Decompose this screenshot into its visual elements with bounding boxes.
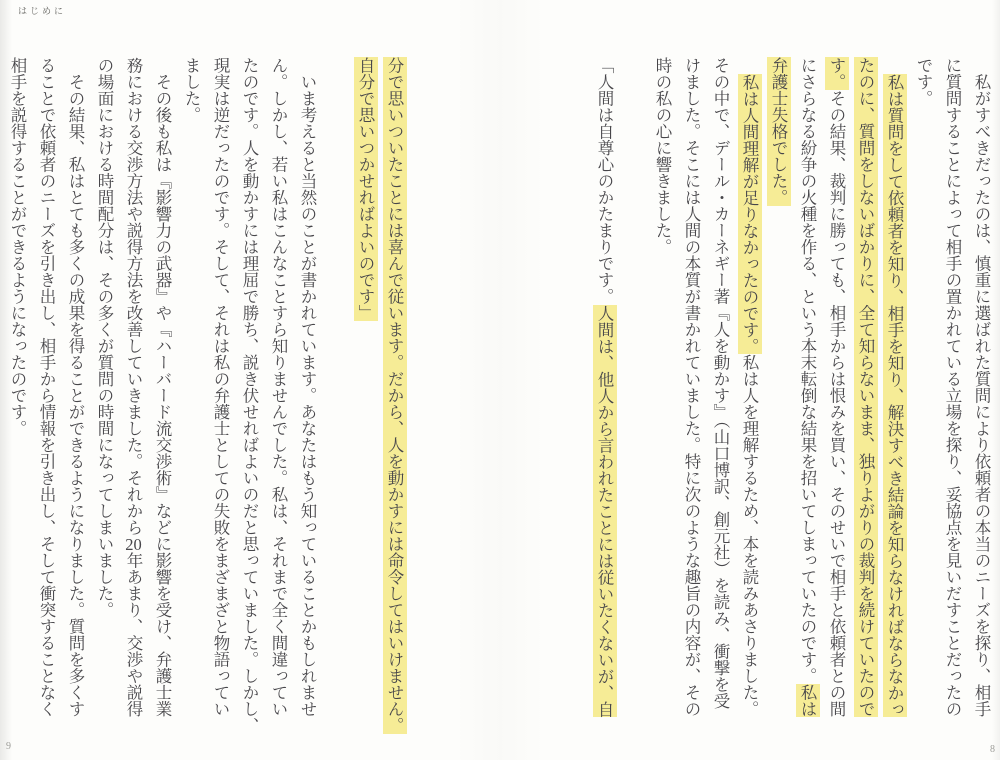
text-column: 「人間は自尊心のかたまりです。人間は、他人から言われたことには従いたくないが、自 [590,57,619,747]
text-run: です。 [914,57,933,107]
text-column: す。その結果、裁判に勝っても、相手からは恨みを買い、そのせいで相手と依頼者との間 [822,57,851,747]
page-right-text: 私がすべきだったのは、慎重に選ばれた質問により依頼者の本当のニーズを探り、相手に… [590,57,996,747]
highlighted-text: 人間は、他人から言われたことには従いたくないが、自 [593,305,617,718]
text-run: たのです。人を動かすには理屈で勝ち、説き伏せればよいのだと思っていました。しかし… [240,57,259,734]
text-column: の場面における時間配分は、その多くが質問の時間になってしまいました。 [90,57,119,747]
running-header: はじめに [18,4,66,17]
highlighted-text: 自分で思いつかせればよいのです」 [354,57,378,321]
text-run [740,57,759,74]
highlighted-text: 分で思いついたことには喜んで従います。だから、人を動かすには命令してはいけません… [383,57,407,734]
text-run: にさらなる紛争の火種を作る、という本末転倒な結果を招いてしまっていたのです。 [798,57,817,684]
text-run: ん。しかし、若い私はこんなことすら知りませんでした。私は、それまで全く間違ってい [269,57,288,717]
text-column: ん。しかし、若い私はこんなことすら知りませんでした。私は、それまで全く間違ってい [264,57,293,747]
text-column: 私は質問をして依頼者を知り、相手を知り、解決すべき結論を知らなければならなかっ [880,57,909,747]
text-column: です。 [909,57,938,747]
text-run: 年あまり、交渉や説得 [124,552,143,717]
text-run: の場面における時間配分は、その多くが質問の時間になってしまいました。 [95,57,114,618]
text-run: 相手を説得することができるようになったのです。 [8,57,27,437]
text-run: 私は人を理解するため、本を読みあさりました。 [740,354,759,717]
text-column: 務における交渉方法や説得方法を改善していきました。それから20年あまり、交渉や説… [119,57,148,747]
page-gutter [455,0,545,760]
text-column: たのに、質問をしないばかりに、全て知らないまま、独りよがりの裁判を続けていたので [851,57,880,747]
text-column: その結果、私はとても多くの成果を得ることができるようになりました。質問を多くす [61,57,90,747]
text-run: 「人間は自尊心のかたまりです。 [595,57,614,305]
text-column: 自分で思いつかせればよいのです」 [351,57,380,747]
text-run: 時の私の心に響きました。 [653,57,672,255]
highlighted-text: 私は人間理解が足りなかったのです。 [738,74,762,355]
text-column: けました。そこには人間の本質が書かれていました。特に次のような趣旨の内容が、その [677,57,706,747]
text-run: ることで依頼者のニーズを引き出し、相手から情報を引き出し、そして衝突することなく [37,57,56,717]
text-run: に質問することによって相手の置かれている立場を探り、妥協点を見いだすことだったの [943,57,962,717]
text-column: 相手を説得することができるようになったのです。 [3,57,32,747]
page-number-left: 9 [6,741,11,752]
text-column: 私は人間理解が足りなかったのです。私は人を理解するため、本を読みあさりました。 [735,57,764,747]
text-column: ました。 [177,57,206,747]
highlighted-text: 私は [796,684,820,717]
text-run: その結果、私はとても多くの成果を得ることができるようになりました。質問を多くす [66,57,85,717]
text-run: その後も私は『影響力の武器』や『ハーバード流交渉術』などに影響を受け、弁護士業 [153,57,172,717]
text-column: 時の私の心に響きました。 [648,57,677,747]
page-number-right: 8 [990,744,995,755]
text-column: 現実は逆だったのです。そして、それは私の弁護士としての失敗をまざまざと物語ってい [206,57,235,747]
text-column: にさらなる紛争の火種を作る、という本末転倒な結果を招いてしまっていたのです。私は [793,57,822,747]
blank-column [322,57,351,747]
text-run: ました。 [182,57,201,123]
text-column: 弁護士失格でした。 [764,57,793,747]
text-run: 現実は逆だったのです。そして、それは私の弁護士としての失敗をまざまざと物語ってい [211,57,230,717]
highlighted-text: す。 [825,57,849,90]
text-run [885,57,904,74]
page-left-text: 分で思いついたことには喜んで従います。だから、人を動かすには命令してはいけません… [3,57,409,747]
text-run: 私がすべきだったのは、慎重に選ばれた質問により依頼者の本当のニーズを探り、相手 [972,57,991,717]
text-run: その中で、デール・カーネギー著『人を動かす』（山口博訳、創元社）を読み、衝撃を受 [711,57,730,709]
highlighted-text: 弁護士失格でした。 [767,57,791,206]
text-column: 分で思いついたことには喜んで従います。だから、人を動かすには命令してはいけません… [380,57,409,747]
text-column: に質問することによって相手の置かれている立場を探り、妥協点を見いだすことだったの [938,57,967,747]
highlighted-text: 私は質問をして依頼者を知り、相手を知り、解決すべき結論を知らなければならなかっ [883,74,907,718]
text-run: その結果、裁判に勝っても、相手からは恨みを買い、そのせいで相手と依頼者との間 [827,90,846,717]
text-column: その後も私は『影響力の武器』や『ハーバード流交渉術』などに影響を受け、弁護士業 [148,57,177,747]
text-run: 務における交渉方法や説得方法を改善していきました。それから [124,57,143,536]
text-column: たのです。人を動かすには理屈で勝ち、説き伏せればよいのだと思っていました。しかし… [235,57,264,747]
text-column: いま考えると当然のことが書かれています。あなたはもう知っていることかもしれませ [293,57,322,747]
text-run: けました。そこには人間の本質が書かれていました。特に次のような趣旨の内容が、その [682,57,701,717]
text-column: その中で、デール・カーネギー著『人を動かす』（山口博訳、創元社）を読み、衝撃を受 [706,57,735,747]
blank-column [619,57,648,747]
text-column: 私がすべきだったのは、慎重に選ばれた質問により依頼者の本当のニーズを探り、相手 [967,57,996,747]
highlighted-text: たのに、質問をしないばかりに、全て知らないまま、独りよがりの裁判を続けていたので [854,57,878,717]
text-run: 20 [124,536,143,553]
text-column: ることで依頼者のニーズを引き出し、相手から情報を引き出し、そして衝突することなく [32,57,61,747]
text-run: いま考えると当然のことが書かれています。あなたはもう知っていることかもしれませ [298,57,317,717]
